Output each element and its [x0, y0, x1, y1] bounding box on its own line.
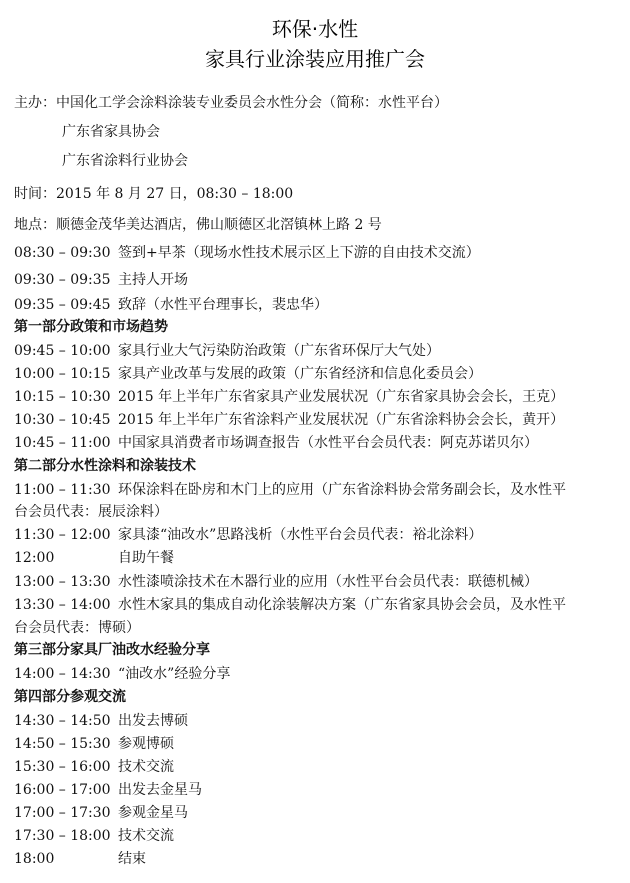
time-line: 时间：2015 年 8 月 27 日，08:30 – 18:00: [14, 185, 293, 203]
schedule-time: 14:30 – 14:50: [14, 712, 118, 730]
schedule-time: 11:00 – 11:30: [14, 481, 118, 499]
organizer-primary: 中国化工学会涂料涂装专业委员会水性分会（简称：水性平台）: [56, 95, 448, 111]
venue-label: 地点：: [14, 217, 56, 233]
schedule-row: 14:00 – 14:30“油改水”经验分享: [14, 665, 230, 683]
schedule-desc: 技术交流: [118, 827, 174, 845]
time-label: 时间：: [14, 186, 56, 202]
schedule-desc: 参观博硕: [118, 735, 174, 753]
venue-value: 顺德金茂华美达酒店，佛山顺德区北滘镇林上路 2 号: [56, 217, 382, 233]
schedule-row: 09:30 – 09:35主持人开场: [14, 271, 188, 289]
schedule-row: 08:30 – 09:30签到+早茶（现场水性技术展示区上下游的自由技术交流）: [14, 244, 480, 262]
schedule-time: 13:00 – 13:30: [14, 573, 118, 591]
schedule-desc: 参观金星马: [118, 804, 188, 822]
schedule-desc: 出发去金星马: [118, 781, 202, 799]
organizer-line: 主办：中国化工学会涂料涂装专业委员会水性分会（简称：水性平台）: [14, 94, 448, 112]
schedule-desc: 家具行业大气污染防治政策（广东省环保厅大气处）: [118, 342, 440, 360]
schedule-desc: 致辞（水性平台理事长，裴忠华）: [118, 296, 328, 314]
section-heading: 第三部分家具厂油改水经验分享: [14, 641, 210, 659]
schedule-row: 11:00 – 11:30环保涂料在卧房和木门上的应用（广东省涂料协会常务副会长…: [14, 481, 566, 499]
schedule-row: 18:00结束: [14, 850, 146, 868]
organizer-tertiary: 广东省涂料行业协会: [62, 152, 188, 170]
title-line-2: 家具行业涂装应用推广会: [0, 47, 630, 71]
schedule-time: 08:30 – 09:30: [14, 244, 118, 262]
schedule-time: 10:00 – 10:15: [14, 365, 118, 383]
section-heading: 第四部分参观交流: [14, 688, 126, 706]
schedule-desc: 2015 年上半年广东省涂料产业发展状况（广东省涂料协会会长，黄开）: [118, 411, 564, 429]
schedule-time: 12:00: [14, 549, 118, 567]
schedule-row: 13:00 – 13:30水性漆喷涂技术在木器行业的应用（水性平台会员代表：联德…: [14, 573, 538, 591]
schedule-desc: 技术交流: [118, 758, 174, 776]
schedule-time: 17:00 – 17:30: [14, 804, 118, 822]
schedule-row: 09:35 – 09:45致辞（水性平台理事长，裴忠华）: [14, 296, 328, 314]
schedule-time: 10:30 – 10:45: [14, 411, 118, 429]
schedule-desc: 中国家具消费者市场调查报告（水性平台会员代表：阿克苏诺贝尔）: [118, 434, 538, 452]
schedule-time: 15:30 – 16:00: [14, 758, 118, 776]
schedule-row: 17:30 – 18:00技术交流: [14, 827, 174, 845]
schedule-time: 17:30 – 18:00: [14, 827, 118, 845]
schedule-row: 10:00 – 10:15家具产业改革与发展的政策（广东省经济和信息化委员会）: [14, 365, 482, 383]
section-heading: 第一部分政策和市场趋势: [14, 318, 168, 336]
schedule-desc: 环保涂料在卧房和木门上的应用（广东省涂料协会常务副会长，及水性平: [118, 481, 566, 499]
schedule-time: 13:30 – 14:00: [14, 596, 118, 614]
schedule-desc: 主持人开场: [118, 271, 188, 289]
time-value: 2015 年 8 月 27 日，08:30 – 18:00: [56, 186, 293, 202]
schedule-row: 15:30 – 16:00技术交流: [14, 758, 174, 776]
schedule-row: 17:00 – 17:30参观金星马: [14, 804, 188, 822]
organizer-secondary: 广东省家具协会: [62, 123, 160, 141]
schedule-time: 10:15 – 10:30: [14, 388, 118, 406]
schedule-desc: 水性漆喷涂技术在木器行业的应用（水性平台会员代表：联德机械）: [118, 573, 538, 591]
section-heading: 第二部分水性涂料和涂装技术: [14, 457, 196, 475]
schedule-desc: “油改水”经验分享: [118, 665, 230, 683]
schedule-desc: 水性木家具的集成自动化涂装解决方案（广东省家具协会会员，及水性平: [118, 596, 566, 614]
schedule-desc: 结束: [118, 850, 146, 868]
schedule-row: 11:30 – 12:00家具漆“油改水”思路浅析（水性平台会员代表：裕北涂料）: [14, 526, 482, 544]
schedule-time: 09:35 – 09:45: [14, 296, 118, 314]
schedule-time: 09:30 – 09:35: [14, 271, 118, 289]
schedule-row: 14:50 – 15:30参观博硕: [14, 735, 174, 753]
schedule-time: 09:45 – 10:00: [14, 342, 118, 360]
schedule-desc: 家具漆“油改水”思路浅析（水性平台会员代表：裕北涂料）: [118, 526, 482, 544]
schedule-desc: 出发去博硕: [118, 712, 188, 730]
schedule-desc: 2015 年上半年广东省家具产业发展状况（广东省家具协会会长，王克）: [118, 388, 564, 406]
schedule-desc: 签到+早茶（现场水性技术展示区上下游的自由技术交流）: [118, 244, 480, 262]
schedule-desc-continuation: 台会员代表：博硕）: [14, 619, 140, 637]
schedule-time: 16:00 – 17:00: [14, 781, 118, 799]
schedule-row: 12:00自助午餐: [14, 549, 174, 567]
schedule-row: 13:30 – 14:00水性木家具的集成自动化涂装解决方案（广东省家具协会会员…: [14, 596, 566, 614]
schedule-row: 16:00 – 17:00出发去金星马: [14, 781, 202, 799]
schedule-row: 09:45 – 10:00家具行业大气污染防治政策（广东省环保厅大气处）: [14, 342, 440, 360]
schedule-desc-continuation: 台会员代表：展辰涂料）: [14, 503, 168, 521]
schedule-desc: 自助午餐: [118, 549, 174, 567]
schedule-row: 10:15 – 10:302015 年上半年广东省家具产业发展状况（广东省家具协…: [14, 388, 564, 406]
schedule-row: 10:45 – 11:00中国家具消费者市场调查报告（水性平台会员代表：阿克苏诺…: [14, 434, 538, 452]
title-line-1: 环保·水性: [0, 17, 630, 41]
organizer-label: 主办：: [14, 95, 56, 111]
schedule-time: 10:45 – 11:00: [14, 434, 118, 452]
venue-line: 地点：顺德金茂华美达酒店，佛山顺德区北滘镇林上路 2 号: [14, 216, 382, 234]
schedule-time: 14:00 – 14:30: [14, 665, 118, 683]
schedule-row: 14:30 – 14:50出发去博硕: [14, 712, 188, 730]
schedule-time: 14:50 – 15:30: [14, 735, 118, 753]
schedule-desc: 家具产业改革与发展的政策（广东省经济和信息化委员会）: [118, 365, 482, 383]
schedule-time: 11:30 – 12:00: [14, 526, 118, 544]
schedule-row: 10:30 – 10:452015 年上半年广东省涂料产业发展状况（广东省涂料协…: [14, 411, 564, 429]
schedule-time: 18:00: [14, 850, 118, 868]
